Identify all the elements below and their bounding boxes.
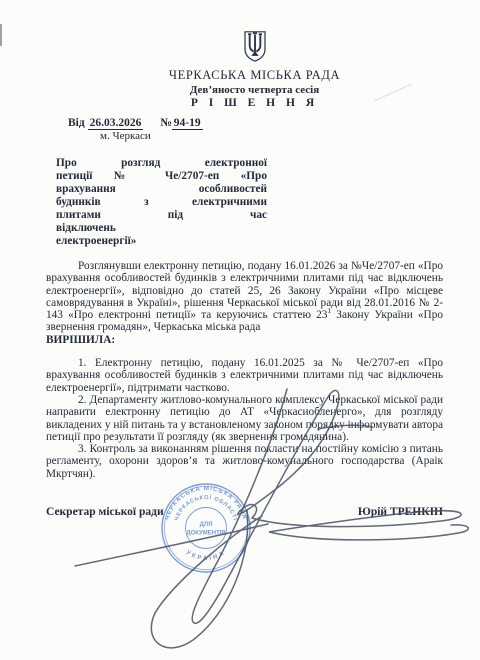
scan-edge-artifact [0, 24, 2, 46]
city-line: м. Черкаси [100, 130, 443, 142]
subject-line: електроенергії» [56, 235, 267, 248]
document-type-title: Р І Ш Е Н Н Я [56, 97, 453, 109]
decision-date: 26.03.2026 [88, 117, 144, 130]
resolved-label: ВИРІШИЛА: [46, 334, 443, 346]
ukraine-trident-emblem [243, 30, 267, 63]
stamp-center-line2: ДОКУМЕНТІВ [186, 531, 226, 537]
decision-item-3: 3. Контроль за виконанням рішення поклас… [46, 443, 443, 480]
subject-line: врахування особливостей [56, 183, 267, 196]
date-prefix: Від [68, 117, 85, 129]
svg-text:УКРАЇНА: УКРАЇНА [185, 549, 227, 562]
decision-number: 94-19 [172, 117, 203, 130]
subject-line: петиції № Че/2707-еп «Про [56, 170, 267, 183]
signatory-name: Юрій ТРЕНКІН [358, 506, 443, 518]
signatory-title: Секретар міської ради [46, 506, 164, 518]
subject-block: Про розгляд електронної петиції № Че/270… [56, 157, 267, 248]
preamble-paragraph: Розглянувши електронну петицію, подану 1… [46, 260, 443, 334]
stamp-center-line1: ДЛЯ [200, 522, 213, 528]
stamp-ring-bottom-text: УКРАЇНА [185, 549, 227, 562]
subject-line: відключень [56, 222, 267, 235]
signature-row: Секретар міської ради Юрій ТРЕНКІН [46, 506, 443, 518]
decision-item-2: 2. Департаменту житлово-комунального ком… [46, 394, 443, 443]
scanned-decision-document: ЧЕРКАСЬКА МІСЬКА РАДА Дев’яносто четверт… [0, 0, 480, 660]
subject-line: плитами під час [56, 209, 267, 222]
date-number-row: Від 26.03.2026 №94-19 [68, 117, 443, 129]
session-line: Дев’яносто четверта сесія [56, 84, 453, 96]
number-sign: № [160, 117, 172, 129]
document-header: ЧЕРКАСЬКА МІСЬКА РАДА Дев’яносто четверт… [56, 30, 453, 109]
subject-line: Про розгляд електронної [56, 157, 267, 170]
subject-line: будинків з електричними [56, 196, 267, 209]
decision-item-1: 1. Електронну петицію, подану 16.01.2025… [46, 357, 443, 394]
org-name: ЧЕРКАСЬКА МІСЬКА РАДА [56, 68, 453, 83]
